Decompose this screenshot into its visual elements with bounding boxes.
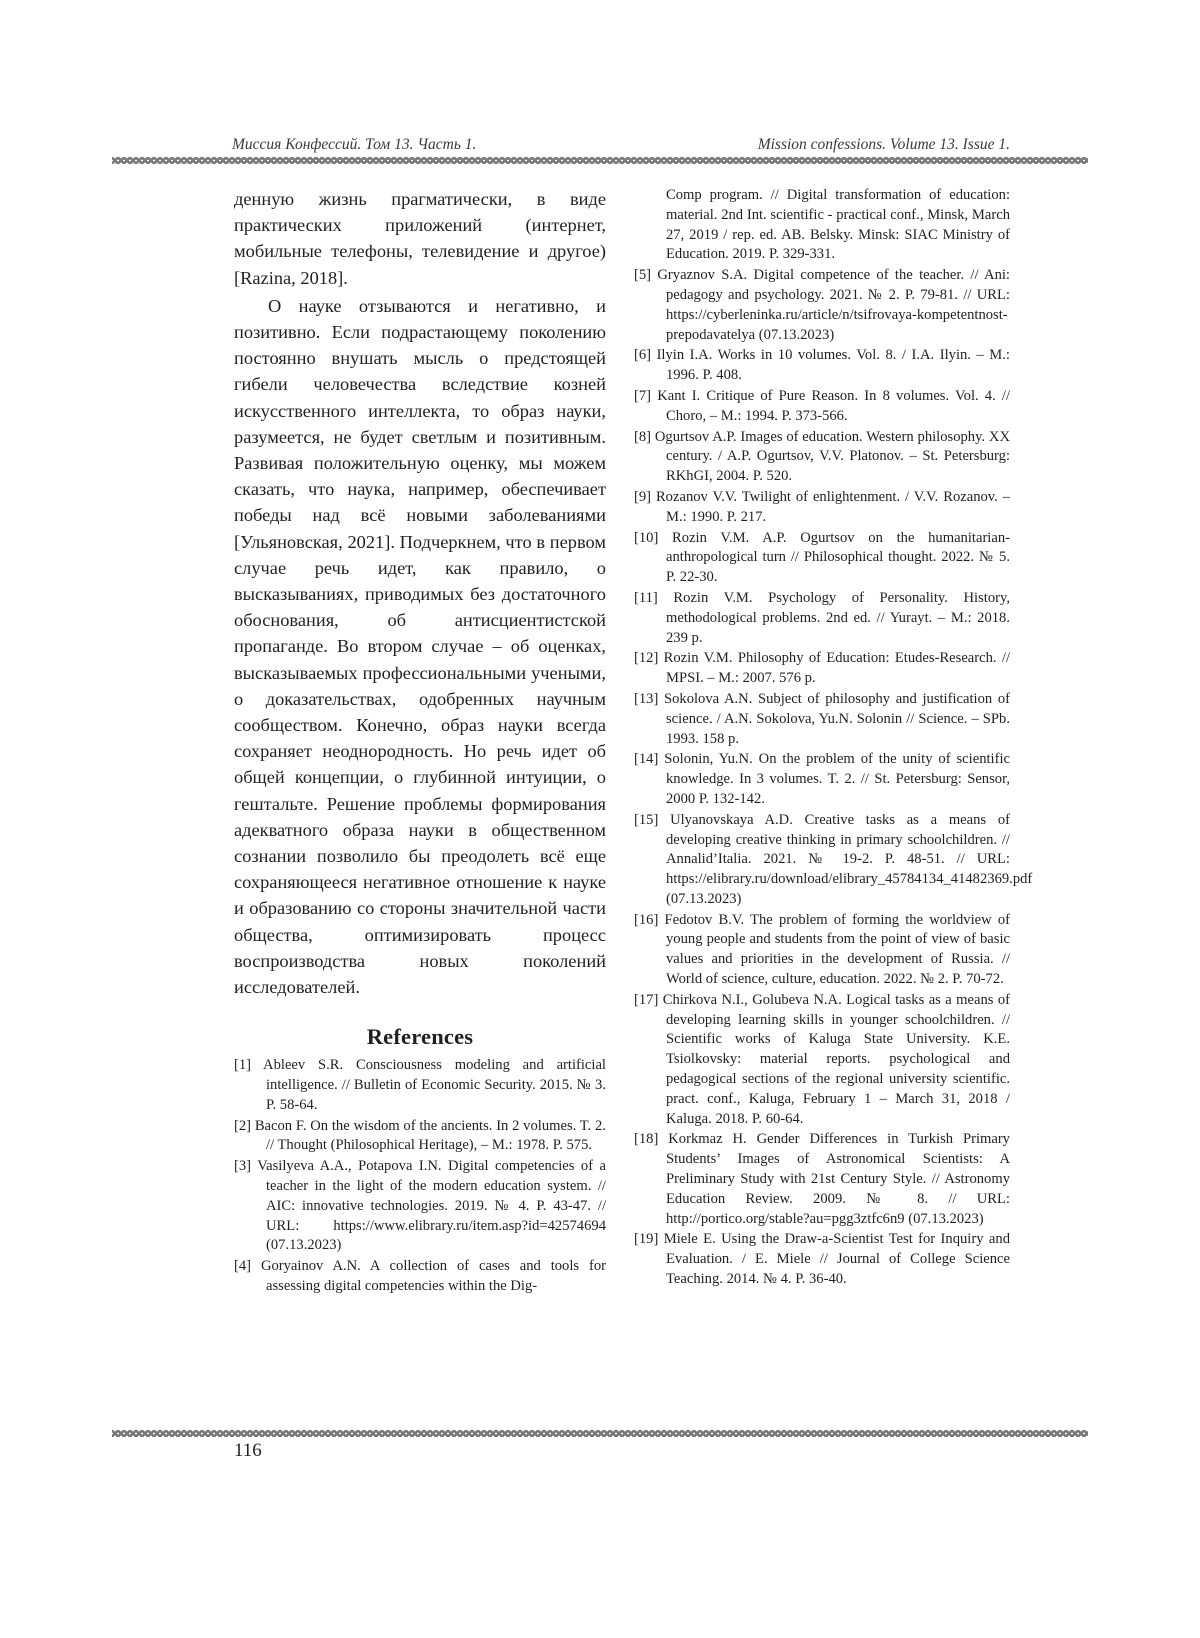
- reference-item: [12] Rozin V.M. Philosophy of Education:…: [634, 649, 1010, 689]
- reference-item: [18] Korkmaz H. Gender Differences in Tu…: [634, 1130, 1010, 1229]
- reference-item: [3] Vasilyeva A.A., Potapova I.N. Digita…: [234, 1157, 606, 1256]
- reference-number: [2]: [234, 1117, 251, 1137]
- references-list-left: [1] Ableev S.R. Consciousness modeling a…: [234, 1056, 606, 1297]
- reference-text: Comp program. // Digital transformation …: [666, 187, 1010, 262]
- reference-text: Fedotov B.V. The problem of forming the …: [665, 912, 1011, 987]
- reference-number: [15]: [634, 811, 658, 831]
- header-ornament-divider: [112, 157, 1088, 164]
- reference-text: Rozanov V.V. Twilight of enlightenment. …: [656, 489, 1010, 525]
- reference-text: Ulyanovskaya A.D. Creative tasks as a me…: [666, 812, 1032, 907]
- reference-text: Kant I. Critique of Pure Reason. In 8 vo…: [657, 388, 1010, 424]
- body-paragraph: денную жизнь прагматически, в виде практ…: [234, 186, 606, 291]
- reference-item: [7] Kant I. Critique of Pure Reason. In …: [634, 387, 1010, 427]
- reference-text: Vasilyeva A.A., Potapova I.N. Digital co…: [257, 1158, 606, 1253]
- document-page: Миссия Конфессий. Том 13. Часть 1. Missi…: [0, 0, 1200, 1638]
- reference-number: [9]: [634, 488, 651, 508]
- reference-item: [15] Ulyanovskaya A.D. Creative tasks as…: [634, 811, 1010, 910]
- header-journal-title-en: Mission confessions. Volume 13. Issue 1.: [758, 136, 1010, 154]
- reference-number: [11]: [634, 589, 658, 609]
- reference-item: [16] Fedotov B.V. The problem of forming…: [634, 911, 1010, 990]
- reference-text: Sokolova A.N. Subject of philosophy and …: [664, 691, 1010, 747]
- reference-item: [11] Rozin V.M. Psychology of Personalit…: [634, 589, 1010, 648]
- reference-number: [10]: [634, 529, 658, 549]
- reference-item: [10] Rozin V.M. A.P. Ogurtsov on the hum…: [634, 529, 1010, 588]
- reference-number: [14]: [634, 750, 658, 770]
- reference-item: [8] Ogurtsov A.P. Images of education. W…: [634, 428, 1010, 487]
- reference-number: [3]: [234, 1157, 251, 1177]
- reference-text: Bacon F. On the wisdom of the ancients. …: [255, 1118, 606, 1154]
- reference-number: [19]: [634, 1230, 658, 1250]
- references-heading: References: [234, 1024, 606, 1050]
- reference-number: [4]: [234, 1257, 251, 1277]
- reference-item: [1] Ableev S.R. Consciousness modeling a…: [234, 1056, 606, 1115]
- reference-item: [14] Solonin, Yu.N. On the problem of th…: [634, 750, 1010, 809]
- reference-number: [17]: [634, 991, 658, 1011]
- reference-text: Ableev S.R. Consciousness modeling and a…: [263, 1057, 606, 1113]
- reference-text: Miele E. Using the Draw-a-Scientist Test…: [664, 1231, 1010, 1287]
- reference-text: Ilyin I.A. Works in 10 volumes. Vol. 8. …: [657, 347, 1010, 383]
- body-paragraph: О науке отзываются и негативно, и позити…: [234, 293, 606, 1000]
- reference-number: [16]: [634, 911, 658, 931]
- reference-text: Rozin V.M. A.P. Ogurtsov on the humanita…: [666, 530, 1010, 586]
- reference-item: [9] Rozanov V.V. Twilight of enlightenme…: [634, 488, 1010, 528]
- header-journal-title-ru: Миссия Конфессий. Том 13. Часть 1.: [232, 136, 476, 154]
- reference-number: [12]: [634, 649, 658, 669]
- reference-item: [13] Sokolova A.N. Subject of philosophy…: [634, 690, 1010, 749]
- references-list-right: Comp program. // Digital transformation …: [634, 186, 1010, 1290]
- reference-item: [6] Ilyin I.A. Works in 10 volumes. Vol.…: [634, 346, 1010, 386]
- reference-number: [5]: [634, 266, 651, 286]
- reference-item: [2] Bacon F. On the wisdom of the ancien…: [234, 1117, 606, 1157]
- reference-text: Chirkova N.I., Golubeva N.A. Logical tas…: [663, 992, 1010, 1127]
- running-header: Миссия Конфессий. Том 13. Часть 1. Missi…: [112, 136, 1088, 158]
- reference-number: [8]: [634, 428, 651, 448]
- reference-item-continuation: Comp program. // Digital transformation …: [634, 186, 1010, 265]
- reference-text: Korkmaz H. Gender Differences in Turkish…: [666, 1131, 1010, 1226]
- reference-number: [1]: [234, 1056, 251, 1076]
- reference-text: Solonin, Yu.N. On the problem of the uni…: [664, 751, 1010, 807]
- left-column: денную жизнь прагматически, в виде практ…: [234, 186, 606, 1298]
- reference-text: Goryainov A.N. A collection of cases and…: [261, 1258, 606, 1294]
- reference-number: [7]: [634, 387, 651, 407]
- page-number: 116: [234, 1440, 262, 1462]
- reference-text: Rozin V.M. Philosophy of Education: Etud…: [664, 650, 1010, 686]
- reference-text: Rozin V.M. Psychology of Personality. Hi…: [666, 590, 1010, 646]
- reference-number: [18]: [634, 1130, 658, 1150]
- reference-item: [4] Goryainov A.N. A collection of cases…: [234, 1257, 606, 1297]
- right-column: Comp program. // Digital transformation …: [634, 186, 1010, 1291]
- reference-item: [5] Gryaznov S.A. Digital competence of …: [634, 266, 1010, 345]
- reference-number: [13]: [634, 690, 658, 710]
- reference-text: Gryaznov S.A. Digital competence of the …: [657, 267, 1010, 342]
- footer-ornament-divider: [112, 1430, 1088, 1437]
- reference-number: [6]: [634, 346, 651, 366]
- reference-item: [19] Miele E. Using the Draw-a-Scientist…: [634, 1230, 1010, 1289]
- reference-item: [17] Chirkova N.I., Golubeva N.A. Logica…: [634, 991, 1010, 1130]
- reference-text: Ogurtsov A.P. Images of education. Weste…: [655, 429, 1010, 485]
- body-text: денную жизнь прагматически, в виде практ…: [234, 186, 606, 1000]
